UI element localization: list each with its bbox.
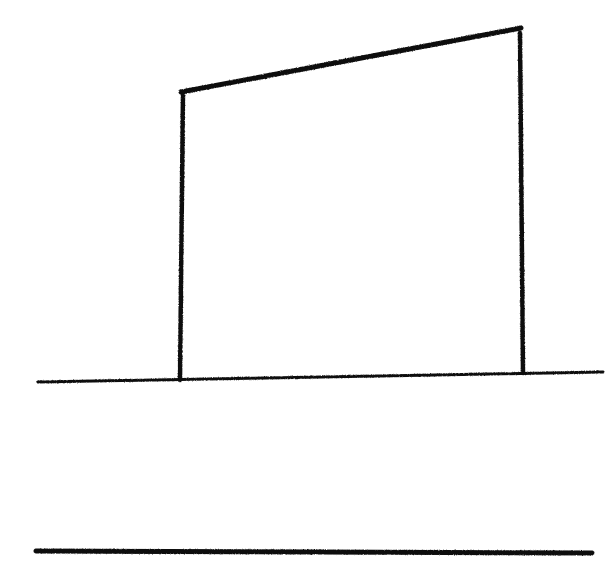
right-post: [520, 33, 523, 373]
left-post: [180, 92, 183, 380]
top-beam: [181, 28, 521, 92]
bottom-line: [36, 551, 592, 553]
ground-line: [38, 372, 603, 382]
sketch-canvas: [0, 0, 613, 575]
